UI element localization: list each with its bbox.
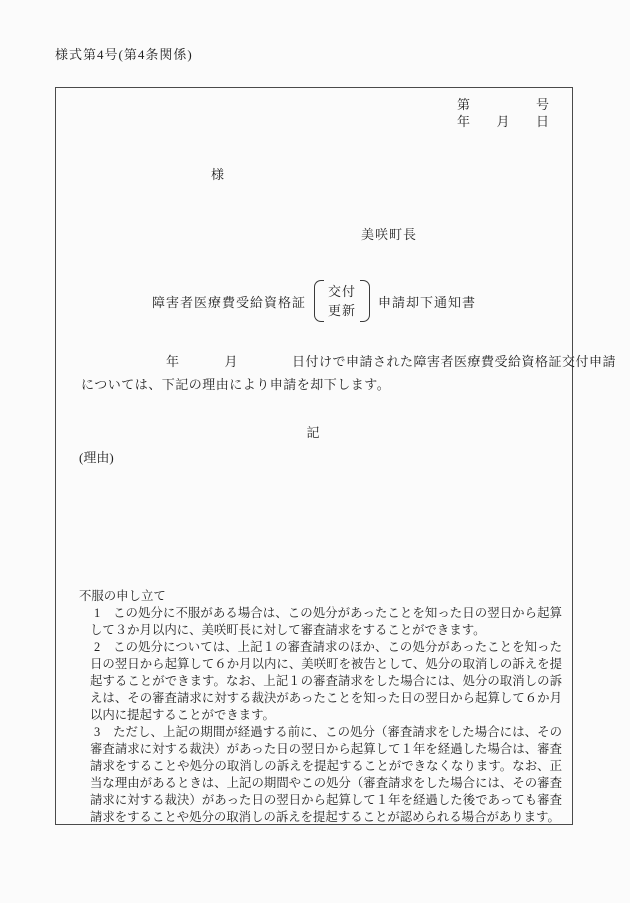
appeal-item-3-number: 3 (94, 724, 113, 741)
appeal-item-2: 2この処分については、上記１の審査請求のほか、この処分があったことを知った日の翌… (76, 639, 562, 724)
title-option-grant: 交付 (328, 282, 356, 301)
doc-number-prefix: 第 (457, 96, 470, 113)
date-month-label: 月 (496, 113, 509, 130)
title-option-renew: 更新 (328, 301, 356, 320)
appeal-item-2-text: この処分については、上記１の審査請求のほか、この処分があったことを知った日の翌日… (90, 640, 562, 722)
title-option-stack: 交付 更新 (328, 282, 356, 320)
reason-label: (理由) (79, 447, 114, 466)
title-prefix: 障害者医療費受給資格証 (152, 292, 306, 311)
appeal-heading: 不服の申し立て (76, 588, 562, 605)
sender-name: 美咲町長 (361, 224, 417, 243)
document-border-frame: 第 号 年 月 日 様 美咲町長 障害者医療費受給資格証 交付 更新 申請却下通… (55, 87, 573, 825)
document-title: 障害者医療費受給資格証 交付 更新 申請却下通知書 (56, 280, 572, 322)
document-number-date-block: 第 号 年 月 日 (457, 96, 549, 130)
appeal-item-3: 3ただし、上記の期間が経過する前に、この処分（審査請求をした場合には、その審査請… (76, 724, 562, 826)
body-year-label: 年 (166, 354, 180, 369)
doc-number-suffix: 号 (536, 96, 549, 113)
right-bracket-shape (360, 280, 370, 322)
appeal-item-3-text: ただし、上記の期間が経過する前に、この処分（審査請求をした場合には、その審査請求… (90, 725, 562, 824)
form-number-label: 様式第4号(第4条関係) (55, 44, 193, 63)
body-date-line: 年月日付けで申請された障害者医療費受給資格証交付申請 (166, 351, 616, 370)
date-day-label: 日 (536, 113, 549, 130)
appeal-item-1: 1この処分に不服がある場合は、この処分があったことを知った日の翌日から起算して３… (76, 605, 562, 639)
document-number-line: 第 号 (457, 96, 549, 113)
body-month-label: 月 (225, 354, 239, 369)
appeal-item-2-number: 2 (94, 639, 113, 656)
title-suffix: 申請却下通知書 (378, 292, 476, 311)
left-bracket-shape (314, 280, 324, 322)
record-heading: 記 (56, 422, 572, 441)
body-line1-text: 日付けで申請された障害者医療費受給資格証交付申請 (292, 354, 616, 369)
document-date-line: 年 月 日 (457, 113, 549, 130)
date-year-label: 年 (457, 113, 470, 130)
body-rejection-line: については、下記の理由により申請を却下します。 (81, 374, 390, 393)
appeal-item-1-number: 1 (94, 605, 113, 622)
appeal-item-1-text: この処分に不服がある場合は、この処分があったことを知った日の翌日から起算して３か… (90, 606, 562, 637)
appeal-section: 不服の申し立て 1この処分に不服がある場合は、この処分があったことを知った日の翌… (76, 588, 562, 826)
addressee-honorific: 様 (211, 164, 224, 183)
